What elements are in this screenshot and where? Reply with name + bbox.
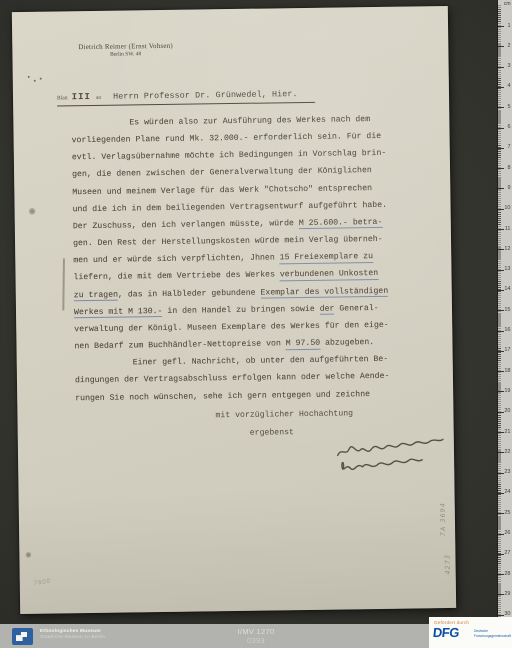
reference-line: Blatt III an Herrn Professor Dr. Grünwed… <box>57 89 315 107</box>
ruler-tick <box>498 432 504 433</box>
ruler-tick <box>498 107 504 108</box>
ruler-tick <box>498 615 504 616</box>
signature-scribble <box>333 432 451 486</box>
ruler-number: 12 <box>504 246 510 253</box>
ruler-tick <box>498 148 504 149</box>
ruler-number: 4 <box>507 83 510 90</box>
ruler-tick <box>498 249 504 250</box>
ink-speck <box>40 78 42 80</box>
reference-connector: an <box>96 95 101 101</box>
ruler-number: 10 <box>504 205 510 212</box>
ruler-number: 1 <box>507 23 510 30</box>
ruler-tick <box>498 534 504 535</box>
closing-formula: mit vorzüglicher Hochachtung <box>215 409 353 420</box>
letterhead: Dietrich Reimer (Ernst Vohsen) Berlin SW… <box>78 42 173 58</box>
ruler-number: 11 <box>505 226 511 233</box>
ruler-tick <box>498 554 504 555</box>
ruler-tick <box>498 209 504 210</box>
letter-body: Es würden also zur Ausführung des Werkes… <box>71 111 397 407</box>
ruler-tick <box>498 594 504 595</box>
punch-hole <box>25 552 31 558</box>
ruler-number: 19 <box>504 388 510 395</box>
ruler-tick <box>498 128 504 129</box>
ruler-number: 16 <box>504 327 510 334</box>
ruler-tick <box>498 473 504 474</box>
ruler-tick <box>498 229 504 230</box>
ruler-number: 2 <box>507 43 510 50</box>
ruler-number: 25 <box>504 510 510 517</box>
ruler-tick <box>498 290 504 291</box>
ruler-tick <box>498 26 504 27</box>
ruler-tick <box>498 371 504 372</box>
scan-viewer: Dietrich Reimer (Ernst Vohsen) Berlin SW… <box>0 0 512 648</box>
ruler-number: 17 <box>504 347 510 354</box>
ruler-minor-ticks <box>498 5 501 624</box>
ruler-tick <box>498 493 504 494</box>
ruler-number: 26 <box>504 530 510 537</box>
ruler: cm 1234567891011121314151617181920212223… <box>497 0 512 626</box>
ink-speck <box>34 80 36 82</box>
punch-hole <box>29 208 36 215</box>
ruler-tick <box>498 452 504 453</box>
ruler-number: 28 <box>504 571 510 578</box>
ruler-number: 22 <box>504 449 510 456</box>
ruler-tick <box>498 67 504 68</box>
ruler-number: 6 <box>507 124 510 131</box>
ruler-tick <box>498 310 504 311</box>
ruler-number: 8 <box>507 165 510 172</box>
ruler-tick <box>498 412 504 413</box>
ruler-number: 27 <box>504 550 510 557</box>
ruler-number: 23 <box>504 469 510 476</box>
ruler-tick <box>498 46 504 47</box>
recipient: Herrn Professor Dr. Grünwedel, Hier. <box>113 89 298 102</box>
margin-pencil-stroke <box>62 258 64 310</box>
ruler-number: 7 <box>507 144 510 151</box>
ruler-number: 13 <box>504 266 510 273</box>
ruler-tick <box>498 87 504 88</box>
ruler-number: 14 <box>504 286 510 293</box>
closing-salutation: ergebenst <box>250 428 294 438</box>
ruler-number: 9 <box>507 185 510 192</box>
ruler-tick <box>498 331 504 332</box>
ruler-number: 3 <box>507 63 510 70</box>
ruler-tick <box>498 351 504 352</box>
ruler-tick <box>498 168 504 169</box>
ruler-number: 20 <box>504 408 510 415</box>
ruler-number: 21 <box>504 429 510 436</box>
pencil-note-right-top: 7A 3694 <box>439 502 447 536</box>
ruler-tick <box>498 188 504 189</box>
pencil-note-right-bottom: 4273 <box>443 554 451 575</box>
ink-speck <box>28 76 30 78</box>
ruler-unit-label: cm <box>504 1 511 7</box>
reference-label: Blatt <box>57 95 68 101</box>
ruler-number: 18 <box>504 368 510 375</box>
ruler-number: 15 <box>504 307 510 314</box>
pencil-note-bottom-left: 7600 <box>33 578 51 587</box>
ruler-tick <box>498 270 504 271</box>
ruler-tick <box>498 574 504 575</box>
letterhead-publisher: Dietrich Reimer (Ernst Vohsen) <box>78 42 173 51</box>
ruler-number: 5 <box>507 104 510 111</box>
ruler-tick <box>498 513 504 514</box>
dfg-full-name: Deutsche Forschungsgemeinschaft <box>474 628 511 638</box>
ruler-number: 29 <box>504 591 510 598</box>
ruler-tick <box>498 391 504 392</box>
dfg-name-line2: Forschungsgemeinschaft <box>474 633 511 638</box>
ruler-number: 24 <box>504 489 510 496</box>
document-page: Dietrich Reimer (Ernst Vohsen) Berlin SW… <box>12 6 456 614</box>
dfg-logo: DFG <box>432 625 460 640</box>
letterhead-address: Berlin SW. 48 <box>78 51 173 58</box>
dfg-logo-box: Gefördert durch DFG Deutsche Forschungsg… <box>429 617 512 648</box>
sheet-number: III <box>72 92 91 102</box>
